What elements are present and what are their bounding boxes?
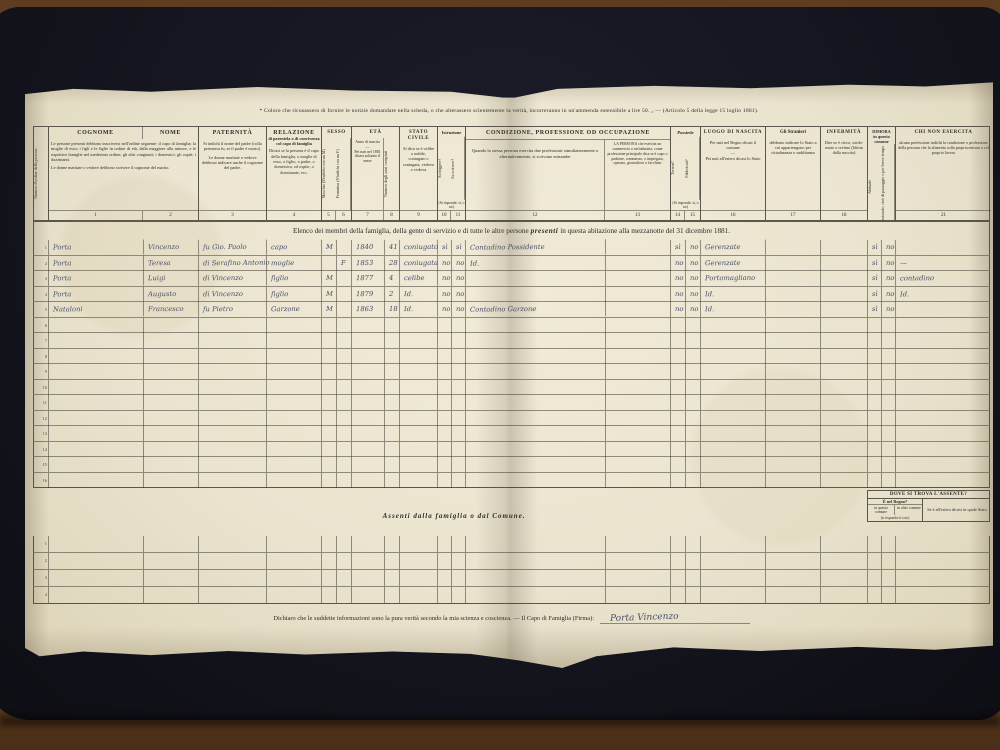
table-cell [352, 395, 385, 410]
col-infermita-desc: Dire se è cieco, sordo-muto o cretino (I… [821, 138, 867, 210]
table-cell [896, 395, 991, 410]
table-cell [322, 426, 337, 441]
table-cell [868, 442, 882, 457]
table-cell [821, 256, 868, 271]
col-terreni-label: Terreni? [671, 137, 685, 200]
table-cell [452, 380, 466, 395]
table-cell [438, 364, 452, 379]
col-number: 17 [766, 210, 820, 220]
table-cell [322, 256, 337, 271]
row-number: 2 [34, 553, 49, 569]
table-cell [821, 333, 868, 348]
table-cell [267, 553, 322, 569]
table-cell [466, 553, 606, 569]
col-femmina-label: Femmina (S'indichi con un F) [336, 138, 351, 210]
table-cell [606, 349, 671, 364]
table-cell [701, 349, 766, 364]
table-cell [701, 457, 766, 472]
table-cell [671, 364, 686, 379]
table-cell [337, 287, 352, 302]
table-cell [322, 318, 337, 333]
table-cell [671, 411, 686, 426]
table-cell [868, 364, 882, 379]
table-cell [882, 333, 896, 348]
table-cell [896, 380, 991, 395]
table-cell [49, 411, 144, 426]
table-cell [868, 380, 882, 395]
table-cell [466, 473, 606, 488]
col-abituale-label: Abituale [868, 144, 881, 220]
table-cell [766, 442, 821, 457]
table-cell: no [452, 302, 466, 317]
table-cell [821, 271, 868, 286]
row-number: 13 [34, 426, 49, 441]
table-row: 11 [33, 395, 990, 411]
table-cell [438, 587, 452, 603]
table-cell [686, 457, 701, 472]
signature-line: Porta Vincenzo [600, 613, 750, 624]
table-cell [606, 426, 671, 441]
table-cell: di Vincenzo [199, 286, 267, 302]
table-cell: no [438, 302, 452, 317]
table-cell [322, 411, 337, 426]
table-cell [322, 536, 337, 552]
table-cell [686, 587, 701, 603]
table-cell: no [452, 255, 466, 270]
table-cell: M [322, 286, 337, 301]
table-cell [882, 570, 896, 586]
desc-paragraph: Le persone presenti debbono inscriversi … [51, 141, 196, 162]
table-cell [896, 349, 991, 364]
table-cell [337, 349, 352, 364]
col-luogo-nascita: LUOGO DI NASCITA Pei nati nel Regno dica… [701, 127, 766, 220]
legal-note: * Coloro che ricusassero di fornire le n… [25, 108, 993, 114]
table-cell: Contadino Possidente [466, 239, 606, 255]
table-cell: no [452, 286, 466, 301]
col-paternita-desc: Si indichi il nome del padre (colla prem… [199, 139, 266, 210]
table-cell [49, 570, 144, 586]
row-number: 12 [34, 411, 49, 426]
table-row: 2 [33, 553, 990, 570]
table-cell [466, 570, 606, 586]
table-cell [821, 570, 868, 586]
table-cell [686, 442, 701, 457]
table-cell [438, 442, 452, 457]
table-cell [896, 302, 991, 317]
table-cell [686, 426, 701, 441]
table-cell [606, 240, 671, 255]
col-dimora: DIMORA in questo comune Abituale Occasio… [868, 127, 896, 220]
table-cell: no [882, 255, 896, 270]
table-cell [606, 395, 671, 410]
table-cell [606, 473, 671, 488]
table-cell [466, 349, 606, 364]
table-cell [766, 587, 821, 603]
table-cell: Id. [400, 302, 438, 317]
table-cell [821, 302, 868, 317]
table-cell [868, 536, 882, 552]
table-cell [438, 349, 452, 364]
table-cell [766, 256, 821, 271]
table-cell [400, 553, 438, 569]
table-cell: Luigi [144, 271, 199, 287]
table-cell [267, 426, 322, 441]
row-number: 7 [34, 333, 49, 348]
row-number: 4 [34, 587, 49, 603]
table-cell [671, 536, 686, 552]
table-cell [766, 426, 821, 441]
table-cell [868, 318, 882, 333]
table-cell [322, 587, 337, 603]
table-cell [144, 395, 199, 410]
table-cell: Gerenzate [701, 255, 766, 271]
table-cell [701, 473, 766, 488]
table-cell [322, 473, 337, 488]
col-nome-title: NOME [143, 127, 198, 139]
table-cell [49, 536, 144, 552]
table-cell [896, 426, 991, 441]
table-cell: celibe [400, 271, 438, 286]
table-cell [144, 349, 199, 364]
table-cell [701, 587, 766, 603]
table-cell [606, 333, 671, 348]
table-cell [49, 364, 144, 379]
table-cell [144, 442, 199, 457]
table-cell [821, 364, 868, 379]
col-sesso: SESSO Maschio (S'indichi con un M) Femmi… [322, 127, 352, 220]
col-maschio-label: Maschio (S'indichi con un M) [322, 138, 336, 210]
table-row: 9 [33, 364, 990, 380]
table-cell [322, 553, 337, 569]
table-cell [438, 536, 452, 552]
table-cell: no [438, 255, 452, 270]
table-cell [868, 411, 882, 426]
table-cell: di Serafino Antonio [199, 255, 267, 271]
table-cell [896, 553, 991, 569]
absent-caption: Assenti dalla famiglia o dal Comune. [383, 512, 526, 520]
col-sesso-title: SESSO [322, 127, 351, 138]
table-cell: Portomagliano [701, 271, 766, 287]
table-cell [882, 411, 896, 426]
table-cell [868, 395, 882, 410]
declaration-text: Dichiaro che le suddette informazioni so… [273, 615, 594, 622]
table-cell [385, 587, 400, 603]
col-12-desc: Quando la stessa persona esercita due pr… [466, 140, 605, 210]
table-cell [337, 302, 352, 317]
table-cell [452, 457, 466, 472]
table-header: Numero d'ordine della persona COGNOME NO… [33, 126, 990, 222]
table-cell [438, 395, 452, 410]
col-number: 1 [49, 210, 143, 220]
table-row: 1 [33, 536, 990, 553]
table-cell [882, 457, 896, 472]
table-cell: Id. [466, 255, 606, 271]
row-number: 4 [34, 287, 49, 302]
table-cell [766, 553, 821, 569]
col-possiede: Possiede Terreni? Fabbricati? (Si rispon… [671, 127, 701, 220]
table-cell: — [896, 255, 991, 271]
table-cell [466, 442, 606, 457]
col-relazione: RELAZIONE di parentela o di convivenza c… [267, 127, 322, 220]
table-cell [400, 349, 438, 364]
table-cell [49, 333, 144, 348]
col-paternita-title: PATERNITÀ [199, 127, 266, 139]
table-cell [868, 333, 882, 348]
table-cell [606, 256, 671, 271]
table-cell [400, 364, 438, 379]
table-cell [337, 536, 352, 552]
table-row: 16 [33, 473, 990, 489]
table-cell [896, 536, 991, 552]
table-cell [766, 349, 821, 364]
col-paternita: PATERNITÀ Si indichi il nome del padre (… [199, 127, 267, 220]
table-cell: Id. [896, 286, 991, 302]
table-cell [686, 395, 701, 410]
table-cell [868, 457, 882, 472]
table-cell [337, 364, 352, 379]
table-cell [671, 570, 686, 586]
table-cell [896, 333, 991, 348]
table-cell [352, 349, 385, 364]
table-cell: no [686, 255, 701, 270]
table-cell [267, 536, 322, 552]
row-number: 16 [34, 473, 49, 488]
table-row: 13 [33, 426, 990, 442]
table-cell [144, 318, 199, 333]
census-form: Numero d'ordine della persona COGNOME NO… [33, 126, 990, 624]
table-cell [199, 395, 267, 410]
col-istruzione: Istruzione Sa leggere? Sa scrivere? (Si … [438, 127, 466, 220]
table-cell [452, 333, 466, 348]
table-cell [400, 395, 438, 410]
torn-paper-fragment [523, 728, 609, 750]
table-cell [337, 380, 352, 395]
table-cell [466, 271, 606, 286]
table-cell: Porta [49, 271, 144, 287]
table-cell [686, 473, 701, 488]
table-cell [766, 240, 821, 255]
table-cell [452, 587, 466, 603]
table-cell [606, 380, 671, 395]
table-cell [896, 411, 991, 426]
table-cell: M [322, 302, 337, 317]
col-number: 12 [466, 210, 605, 220]
col-fabbricati-label: Fabbricati? [685, 137, 700, 200]
table-cell [896, 457, 991, 472]
table-cell [882, 395, 896, 410]
table-cell [267, 570, 322, 586]
table-cell [882, 349, 896, 364]
col-cognome-nome-desc: Le persone presenti debbono inscriversi … [49, 139, 198, 210]
table-cell [385, 411, 400, 426]
table-cell [686, 536, 701, 552]
table-cell [882, 536, 896, 552]
col-number: 11 [451, 210, 465, 220]
table-cell [400, 426, 438, 441]
col-stranieri-desc: debbono indicare lo Stato a cui apparten… [766, 138, 820, 210]
table-cell: sì [438, 240, 452, 255]
table-cell: fu Pietro [199, 302, 267, 318]
col-number: 6 [336, 210, 351, 220]
table-cell: 1863 [352, 302, 385, 317]
table-cell: Contadino Garzone [466, 301, 606, 317]
table-cell [766, 395, 821, 410]
table-cell: sì [868, 240, 882, 255]
col-chi-desc: alcuna professione indichi la condizione… [896, 138, 991, 210]
table-cell: no [671, 255, 686, 270]
table-cell [686, 318, 701, 333]
table-cell: 1853 [352, 255, 385, 270]
table-cell [352, 442, 385, 457]
table-cell [385, 318, 400, 333]
table-cell [821, 349, 868, 364]
table-cell [337, 570, 352, 586]
row-number: 3 [34, 570, 49, 586]
table-cell: no [452, 271, 466, 286]
col-num-label: Numero d'ordine della persona [34, 127, 48, 220]
table-cell: no [882, 240, 896, 255]
absent-persons-table: 1234 [33, 536, 990, 604]
table-cell [144, 536, 199, 552]
col-number: 14 [671, 210, 685, 220]
table-cell [606, 570, 671, 586]
table-cell: Teresa [144, 255, 199, 271]
table-cell [438, 318, 452, 333]
table-cell [701, 536, 766, 552]
table-cell [267, 395, 322, 410]
table-cell [49, 473, 144, 488]
table-cell [337, 395, 352, 410]
table-cell [821, 553, 868, 569]
table-cell [671, 333, 686, 348]
table-cell [385, 570, 400, 586]
table-cell [466, 380, 606, 395]
row-number: 11 [34, 395, 49, 410]
table-cell [868, 349, 882, 364]
table-cell: no [882, 286, 896, 301]
table-cell [144, 473, 199, 488]
table-cell [352, 457, 385, 472]
table-cell [452, 553, 466, 569]
table-cell [352, 426, 385, 441]
table-cell: Garzone [267, 302, 322, 318]
table-cell [671, 587, 686, 603]
table-cell: Porta [49, 240, 144, 256]
table-cell: Gerenzate [701, 240, 766, 256]
row-number: 3 [34, 271, 49, 286]
table-row: 3PortaLuigidi VincenzofiglioM18774celibe… [33, 271, 990, 287]
caption-highlight: presenti [531, 227, 559, 235]
table-cell [438, 333, 452, 348]
table-row: 4 [33, 587, 990, 604]
table-cell [452, 318, 466, 333]
table-cell: coniugato [400, 240, 438, 255]
table-cell [686, 411, 701, 426]
table-cell [896, 364, 991, 379]
col-number: 7 [352, 210, 384, 220]
table-row: 6 [33, 318, 990, 334]
table-cell [144, 426, 199, 441]
table-row: 12 [33, 411, 990, 427]
table-cell: Augusto [144, 286, 199, 302]
table-cell [821, 287, 868, 302]
table-cell [385, 380, 400, 395]
col-sa-scrivere-label: Sa scrivere? [451, 137, 465, 200]
col-possiede-title: Possiede [671, 127, 700, 137]
table-cell [868, 553, 882, 569]
table-cell: no [671, 302, 686, 317]
table-cell [352, 570, 385, 586]
table-cell [322, 349, 337, 364]
table-cell [322, 570, 337, 586]
table-cell [701, 553, 766, 569]
col-number: 13 [605, 210, 670, 220]
table-cell [267, 587, 322, 603]
table-cell: no [438, 271, 452, 286]
table-cell [701, 411, 766, 426]
table-cell [267, 473, 322, 488]
table-cell [868, 473, 882, 488]
table-cell [701, 333, 766, 348]
table-cell: sì [868, 286, 882, 301]
table-cell [821, 380, 868, 395]
absent-altro-comune-label: in altro comune [895, 505, 923, 515]
table-cell [322, 457, 337, 472]
table-cell: di Vincenzo [199, 271, 267, 287]
table-cell [199, 364, 267, 379]
table-cell [337, 587, 352, 603]
col-number: 15 [685, 210, 700, 220]
absent-nota: (si risponda sì o no) [868, 515, 922, 521]
table-cell [144, 553, 199, 569]
table-cell: sì [868, 302, 882, 317]
caption-text: Elenco dei membri della famiglia, della … [293, 227, 529, 235]
table-cell [452, 395, 466, 410]
census-sheet: * Coloro che ricusassero di fornire le n… [25, 80, 993, 668]
table-cell [144, 333, 199, 348]
table-cell [438, 457, 452, 472]
table-cell [267, 442, 322, 457]
table-cell: no [671, 286, 686, 301]
table-cell [352, 318, 385, 333]
table-cell [452, 364, 466, 379]
table-cell [352, 553, 385, 569]
table-cell [701, 364, 766, 379]
col-chi-non-esercita: CHI NON ESERCITA alcuna professione indi… [896, 127, 991, 220]
table-cell [49, 349, 144, 364]
table-cell [686, 553, 701, 569]
absent-box-title: DOVE SI TROVA L'ASSENTE? [868, 491, 989, 499]
table-cell: no [671, 271, 686, 286]
col-luogo-title: LUOGO DI NASCITA [701, 127, 765, 138]
table-cell [352, 333, 385, 348]
table-cell [199, 442, 267, 457]
table-row: 7 [33, 333, 990, 349]
table-cell [400, 333, 438, 348]
table-cell [267, 380, 322, 395]
table-row: 8 [33, 349, 990, 365]
table-cell [352, 473, 385, 488]
table-cell [199, 587, 267, 603]
desc-paragraph: Le donne maritate o vedove debbono scriv… [51, 165, 196, 170]
table-cell [337, 318, 352, 333]
table-row: 1PortaVincenzofu Gio. PaolocapoM184041co… [33, 240, 990, 256]
present-persons-table: 1PortaVincenzofu Gio. PaolocapoM184041co… [33, 240, 990, 488]
table-cell [199, 411, 267, 426]
table-cell [400, 442, 438, 457]
table-cell: contadino [896, 271, 991, 287]
table-cell [385, 442, 400, 457]
